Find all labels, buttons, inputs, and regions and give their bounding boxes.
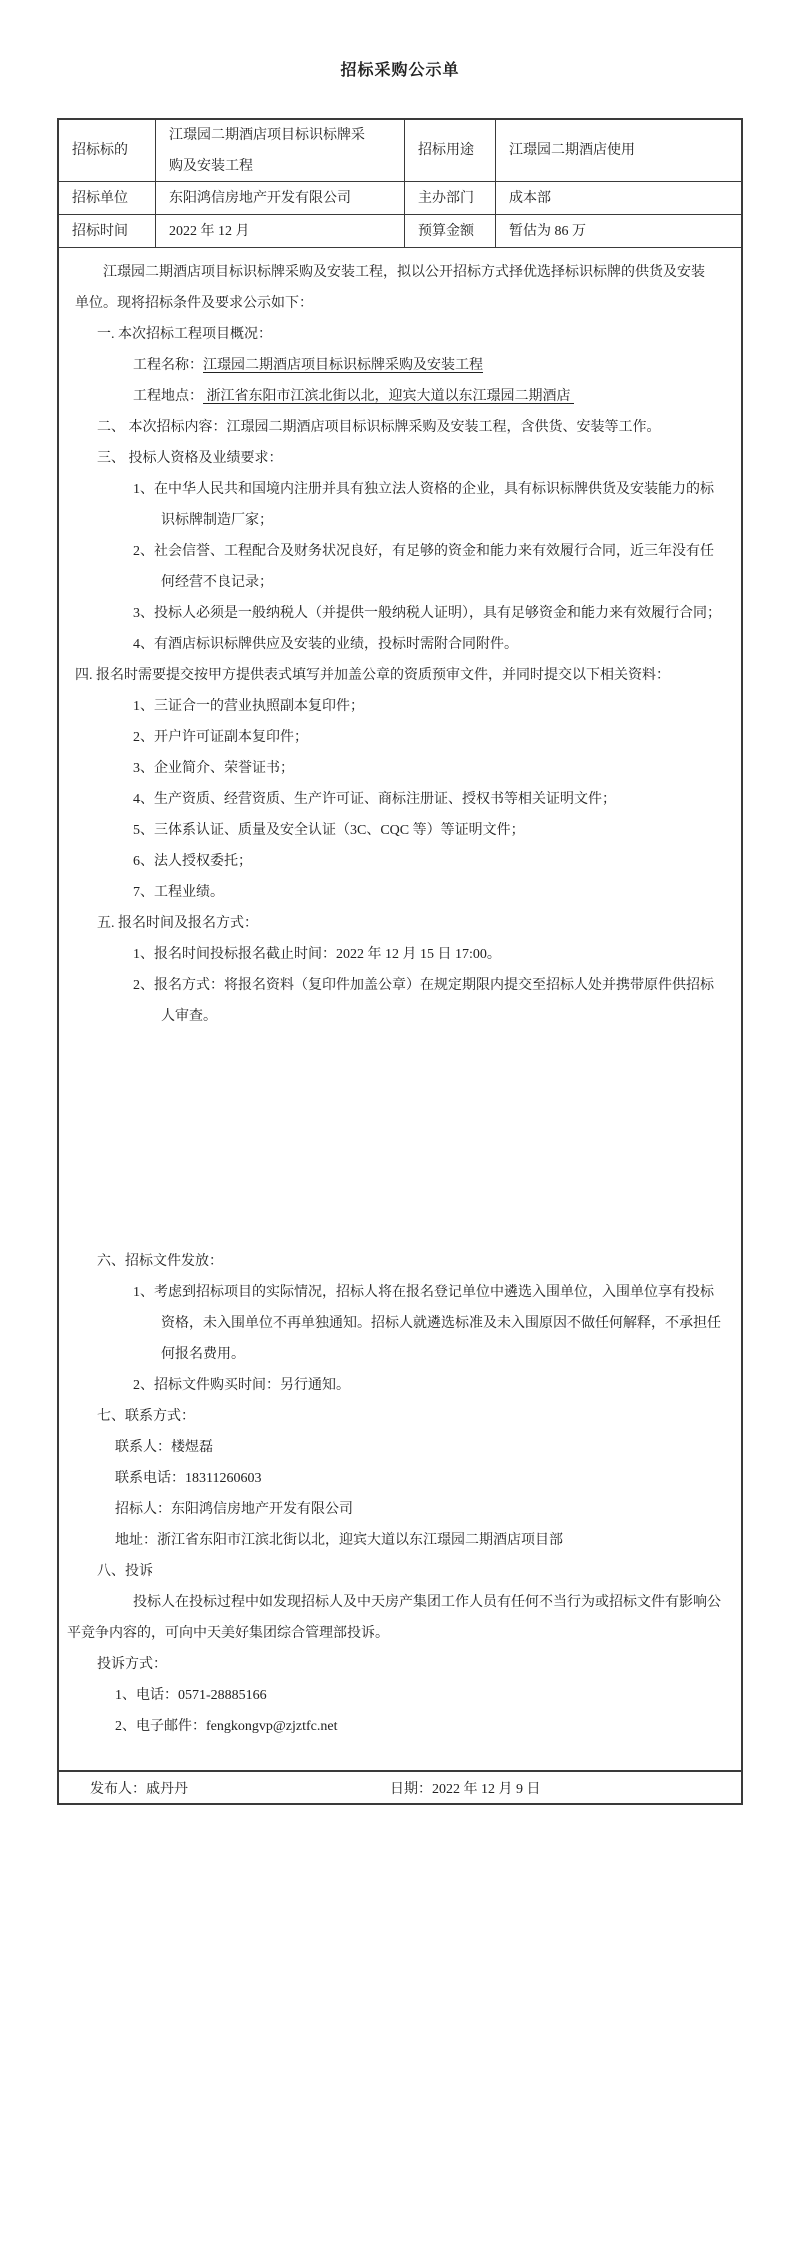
list-item-wrap: 识标牌制造厂家； bbox=[161, 505, 725, 536]
info-label-bid-unit: 招标单位 bbox=[59, 182, 156, 215]
list-item: 1、报名时间投标报名截止时间：2022 年 12 月 15 日 17:00。 bbox=[133, 939, 725, 970]
info-value-host-department: 成本部 bbox=[496, 182, 741, 215]
list-item: 1、三证合一的营业执照副本复印件； bbox=[133, 691, 725, 722]
tenderer-line: 招标人：东阳鸿信房地产开发有限公司 bbox=[115, 1494, 725, 1525]
info-value-bid-time: 2022 年 12 月 bbox=[156, 215, 405, 248]
list-item: 4、生产资质、经营资质、生产许可证、商标注册证、授权书等相关证明文件； bbox=[133, 784, 725, 815]
section-heading-2: 二、 本次招标内容：江璟园二期酒店项目标识标牌采购及安装工程，含供货、安装等工作… bbox=[97, 412, 725, 443]
list-item: 4、有酒店标识标牌供应及安装的业绩，投标时需附合同附件。 bbox=[133, 629, 725, 660]
complaint-method-heading: 投诉方式： bbox=[97, 1649, 725, 1680]
info-label-budget: 预算金额 bbox=[405, 215, 496, 248]
list-item: 6、法人授权委托； bbox=[133, 846, 725, 877]
section-heading-6: 六、招标文件发放： bbox=[97, 1246, 725, 1277]
field-value: 江璟园二期酒店项目标识标牌采购及安装工程 bbox=[203, 358, 483, 373]
announcement-table: 招标标的 江璟园二期酒店项目标识标牌采购及安装工程 招标用途 江璟园二期酒店使用… bbox=[57, 118, 743, 1805]
list-item: 1、在中华人民共和国境内注册并具有独立法人资格的企业，具有标识标牌供货及安装能力… bbox=[133, 474, 725, 505]
info-value-budget: 暂估为 86 万 bbox=[496, 215, 741, 248]
project-location-line: 工程地点： 浙江省东阳市江滨北街以北，迎宾大道以东江璟园二期酒店 bbox=[133, 381, 725, 412]
complaint-paragraph: 投标人在投标过程中如发现招标人及中天房产集团工作人员有任何不当行为或招标文件有影… bbox=[133, 1587, 725, 1618]
list-item: 2、开户许可证副本复印件； bbox=[133, 722, 725, 753]
list-item-wrap: 人审查。 bbox=[161, 1001, 725, 1032]
list-item: 5、三体系认证、质量及安全认证（3C、CQC 等）等证明文件； bbox=[133, 815, 725, 846]
info-value-bid-subject: 江璟园二期酒店项目标识标牌采购及安装工程 bbox=[156, 120, 405, 182]
info-label-bid-purpose: 招标用途 bbox=[405, 120, 496, 182]
intro-line: 江璟园二期酒店项目标识标牌采购及安装工程，拟以公开招标方式择优选择标识标牌的供货… bbox=[103, 257, 725, 288]
project-name-line: 工程名称：江璟园二期酒店项目标识标牌采购及安装工程 bbox=[133, 350, 725, 381]
field-label: 工程名称： bbox=[133, 358, 203, 373]
list-item: 3、投标人必须是一般纳税人（并提供一般纳税人证明），具有足够资金和能力来有效履行… bbox=[133, 598, 725, 629]
info-grid: 招标标的 江璟园二期酒店项目标识标牌采购及安装工程 招标用途 江璟园二期酒店使用… bbox=[59, 120, 741, 248]
complaint-phone-line: 1、电话：0571-28885166 bbox=[115, 1680, 725, 1711]
contact-phone-line: 联系电话：18311260603 bbox=[115, 1463, 725, 1494]
list-item-wrap: 何报名费用。 bbox=[161, 1339, 725, 1370]
contact-person-line: 联系人：楼煜磊 bbox=[115, 1432, 725, 1463]
field-value: 浙江省东阳市江滨北街以北，迎宾大道以东江璟园二期酒店 bbox=[203, 389, 574, 404]
info-label-bid-subject: 招标标的 bbox=[59, 120, 156, 182]
list-item: 3、企业简介、荣誉证书； bbox=[133, 753, 725, 784]
document-title: 招标采购公示单 bbox=[0, 60, 800, 82]
list-item: 2、报名方式：将报名资料（复印件加盖公章）在规定期限内提交至招标人处并携带原件供… bbox=[133, 970, 725, 1001]
section-heading-4: 四. 报名时需要提交按甲方提供表式填写并加盖公章的资质预审文件，并同时提交以下相… bbox=[75, 660, 725, 691]
list-item: 2、社会信誉、工程配合及财务状况良好，有足够的资金和能力来有效履行合同，近三年没… bbox=[133, 536, 725, 567]
info-value-bid-purpose: 江璟园二期酒店使用 bbox=[496, 120, 741, 182]
section-heading-7: 七、联系方式： bbox=[97, 1401, 725, 1432]
list-item: 2、招标文件购买时间：另行通知。 bbox=[133, 1370, 725, 1401]
page-break-gap bbox=[75, 1032, 725, 1246]
section-heading-1: 一. 本次招标工程项目概况： bbox=[97, 319, 725, 350]
list-item: 7、工程业绩。 bbox=[133, 877, 725, 908]
info-label-host-department: 主办部门 bbox=[405, 182, 496, 215]
complaint-paragraph-wrap: 平竞争内容的，可向中天美好集团综合管理部投诉。 bbox=[67, 1618, 725, 1649]
complaint-email-line: 2、电子邮件：fengkongvp@zjztfc.net bbox=[115, 1711, 725, 1742]
info-label-bid-time: 招标时间 bbox=[59, 215, 156, 248]
list-item-wrap: 资格，未入围单位不再单独通知。招标人就遴选标准及未入围原因不做任何解释，不承担任 bbox=[161, 1308, 725, 1339]
publisher: 发布人：戚丹丹 bbox=[90, 1778, 188, 1798]
publish-date: 日期：2022 年 12 月 9 日 bbox=[390, 1778, 541, 1798]
list-item-wrap: 何经营不良记录； bbox=[161, 567, 725, 598]
intro-line: 单位。现将招标条件及要求公示如下： bbox=[75, 288, 725, 319]
field-label: 工程地点： bbox=[133, 389, 203, 404]
section-heading-5: 五. 报名时间及报名方式： bbox=[97, 908, 725, 939]
announcement-body: 江璟园二期酒店项目标识标牌采购及安装工程，拟以公开招标方式择优选择标识标牌的供货… bbox=[59, 248, 741, 1770]
section-heading-3: 三、 投标人资格及业绩要求： bbox=[97, 443, 725, 474]
address-line: 地址：浙江省东阳市江滨北街以北，迎宾大道以东江璟园二期酒店项目部 bbox=[115, 1525, 725, 1556]
info-value-bid-unit: 东阳鸿信房地产开发有限公司 bbox=[156, 182, 405, 215]
section-heading-8: 八、投诉 bbox=[97, 1556, 725, 1587]
list-item: 1、考虑到招标项目的实际情况，招标人将在报名登记单位中遴选入围单位，入围单位享有… bbox=[133, 1277, 725, 1308]
footer-row: 发布人：戚丹丹 日期：2022 年 12 月 9 日 bbox=[59, 1770, 741, 1803]
